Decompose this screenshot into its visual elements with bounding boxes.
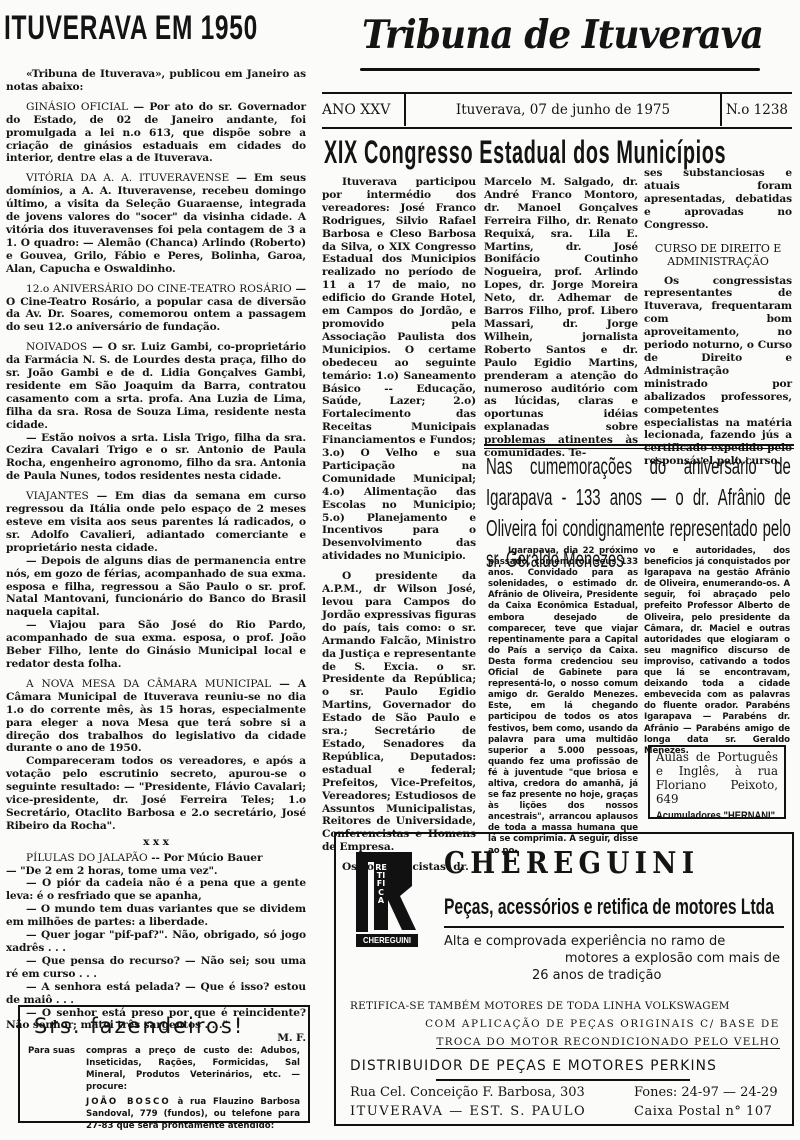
ad-chereguini: RETIFICA CHEREGUINI CHEREGUINI Peças, ac… [334, 832, 794, 1126]
article-camara-2: Compareceram todos os vereadores, e após… [6, 755, 306, 832]
igarapava-col-2: vo e autoridades, dos beneficios já conq… [644, 546, 790, 757]
chereguini-vw-3: TROCA DO MOTOR RECONDICIONADO PELO VELHO [436, 1036, 780, 1049]
ad-aulas: Aulas de Português e Inglês, à rua Flori… [648, 745, 786, 819]
article-camara: A NOVA MESA DA CÂMARA MUNICIPAL — A Câma… [6, 678, 306, 755]
chereguini-name: CHEREGUINI [444, 846, 699, 881]
left-column: «Tribuna de Ituverava», publicou em Jane… [6, 68, 306, 1045]
logo-vertical-text: RETIFICA [375, 864, 387, 905]
separator: x x x [6, 836, 306, 849]
chereguini-tagline: Peças, acessórios e retifica de motores … [444, 894, 774, 920]
article-noivados: NOIVADOS — O sr. Luiz Gambi, co-propriet… [6, 341, 306, 431]
pilulas-line: — "De 2 em 2 horas, tome uma vez". [6, 865, 306, 878]
igarapava-col-1: Igarapava, dia 22 próximo passado, comem… [488, 546, 638, 857]
masthead-dateline: Ituverava, 07 de junho de 1975 [406, 102, 720, 118]
igarapava-paragraph: Igarapava, dia 22 próximo passado, comem… [488, 546, 638, 857]
ad-fazendeiros-contact: JOÃO BOSCO à rua Flauzino Barbosa Sandov… [86, 1096, 300, 1132]
ad-fazendeiros-title: Srs. fazendeiros! [34, 1013, 300, 1039]
congresso-paragraph: O presidente da A.P.M., dr Wilson José, … [322, 570, 476, 854]
logo-label: CHEREGUINI [360, 935, 414, 945]
tagline-rule [444, 926, 784, 928]
masthead-bar: ANO XXV Ituverava, 07 de junho de 1975 N… [322, 94, 792, 126]
intro-paragraph: «Tribuna de Ituverava», publicou em Jane… [6, 68, 306, 94]
section-rule [484, 444, 794, 446]
congresso-paragraph: Os congressistas representantes de Ituve… [644, 275, 792, 469]
chereguini-vw-1: RETIFICA-SE TAMBÉM MOTORES DE TODA LINHA… [350, 1000, 730, 1012]
chereguini-address: Rua Cel. Conceição F. Barbosa, 303 [350, 1085, 585, 1100]
igarapava-paragraph: vo e autoridades, dos beneficios já conq… [644, 546, 790, 757]
masthead-logo: Tribuna de Ituverava [362, 12, 763, 58]
ad-fazendeiros: Srs. fazendeiros! Para suas compras a pr… [18, 1005, 310, 1123]
masthead-rule-bottom [322, 127, 792, 129]
pilulas-line: — Quer jogar "pif-paf?". Não, obrigado, … [6, 929, 306, 955]
congresso-col-3: ses substanciosas e atuais foram apresen… [644, 167, 792, 468]
masthead-year: ANO XXV [322, 94, 406, 126]
retifica-logo-icon [356, 850, 418, 948]
article-ginasio: GINÁSIO OFICIAL — Por ato do sr. Governa… [6, 101, 306, 166]
pilulas-line: — A senhora está pelada? — Que é isso? e… [6, 981, 306, 1007]
left-headline: ITUVERAVA EM 1950 [4, 8, 258, 48]
article-vitoria: VITÓRIA DA A. A. ITUVERAVENSE — Em seus … [6, 172, 306, 275]
congresso-paragraph: ses substanciosas e atuais foram apresen… [644, 167, 792, 232]
masthead-underline [360, 68, 760, 71]
congresso-headline: XIX Congresso Estadual dos Municípios [324, 132, 726, 172]
ad-aulas-text: Aulas de Português e Inglês, à rua Flori… [656, 750, 778, 806]
chereguini-exp-3: 26 anos de tradição [532, 968, 661, 983]
pilulas-line: — Que pensa do recurso? — Não sei; sou u… [6, 955, 306, 981]
chereguini-perkins: DISTRIBUIDOR DE PEÇAS E MOTORES PERKINS [350, 1058, 717, 1074]
chereguini-exp-2: motores a explosão com mais de [565, 951, 780, 966]
article-viajantes: VIAJANTES — Em dias da semana em curso r… [6, 490, 306, 555]
congresso-col-2: Marcelo M. Salgado, dr. André Franco Mon… [484, 176, 638, 460]
perkins-rule [436, 1079, 690, 1081]
article-cine-teatro: 12.o ANIVERSÁRIO DO CINE-TEATRO ROSÁRIO … [6, 283, 306, 335]
chereguini-vw-2: COM APLICAÇÃO DE PEÇAS ORIGINAIS C/ BASE… [425, 1018, 780, 1030]
chereguini-logo: RETIFICA CHEREGUINI [356, 850, 418, 948]
chereguini-exp-1: Alta e comprovada experiência no ramo de [444, 934, 725, 949]
article-viajantes-2: — Depois de alguns dias de permanencia e… [6, 555, 306, 620]
section-rule [484, 448, 794, 449]
congresso-paragraph: Marcelo M. Salgado, dr. André Franco Mon… [484, 176, 638, 460]
ad-fazendeiros-lead: Para suas [28, 1045, 86, 1132]
chereguini-phones: Fones: 24-97 — 24-29 [634, 1085, 778, 1100]
pilulas-line: — O mundo tem duas variantes que se divi… [6, 903, 306, 929]
pilulas-line: — O piór da cadeia não é a pena que a ge… [6, 877, 306, 903]
chereguini-pobox: Caixa Postal n° 107 [634, 1104, 772, 1119]
pilulas-heading: PÍLULAS DO JALAPÃO -- Por Múcio Bauer [6, 852, 306, 865]
masthead-issue: N.o 1238 [720, 94, 792, 126]
article-noivados-2: — Estão noivos a srta. Lisla Trigo, filh… [6, 432, 306, 484]
ad-aulas-acumuladores: Acumuladores "HERNANI" [656, 810, 760, 822]
congresso-subhead: CURSO DE DIREITO E ADMINISTRAÇÃO [644, 242, 792, 268]
article-viajantes-3: — Viajou para São José do Rio Pardo, aco… [6, 619, 306, 671]
ad-fazendeiros-body: compras a preço de custo de: Adubos, Ins… [86, 1045, 300, 1093]
congresso-col-1: Ituverava participou por intermédio dos … [322, 176, 476, 874]
congresso-paragraph: Ituverava participou por intermédio dos … [322, 176, 476, 563]
chereguini-city: ITUVERAVA — EST. S. PAULO [350, 1104, 586, 1119]
